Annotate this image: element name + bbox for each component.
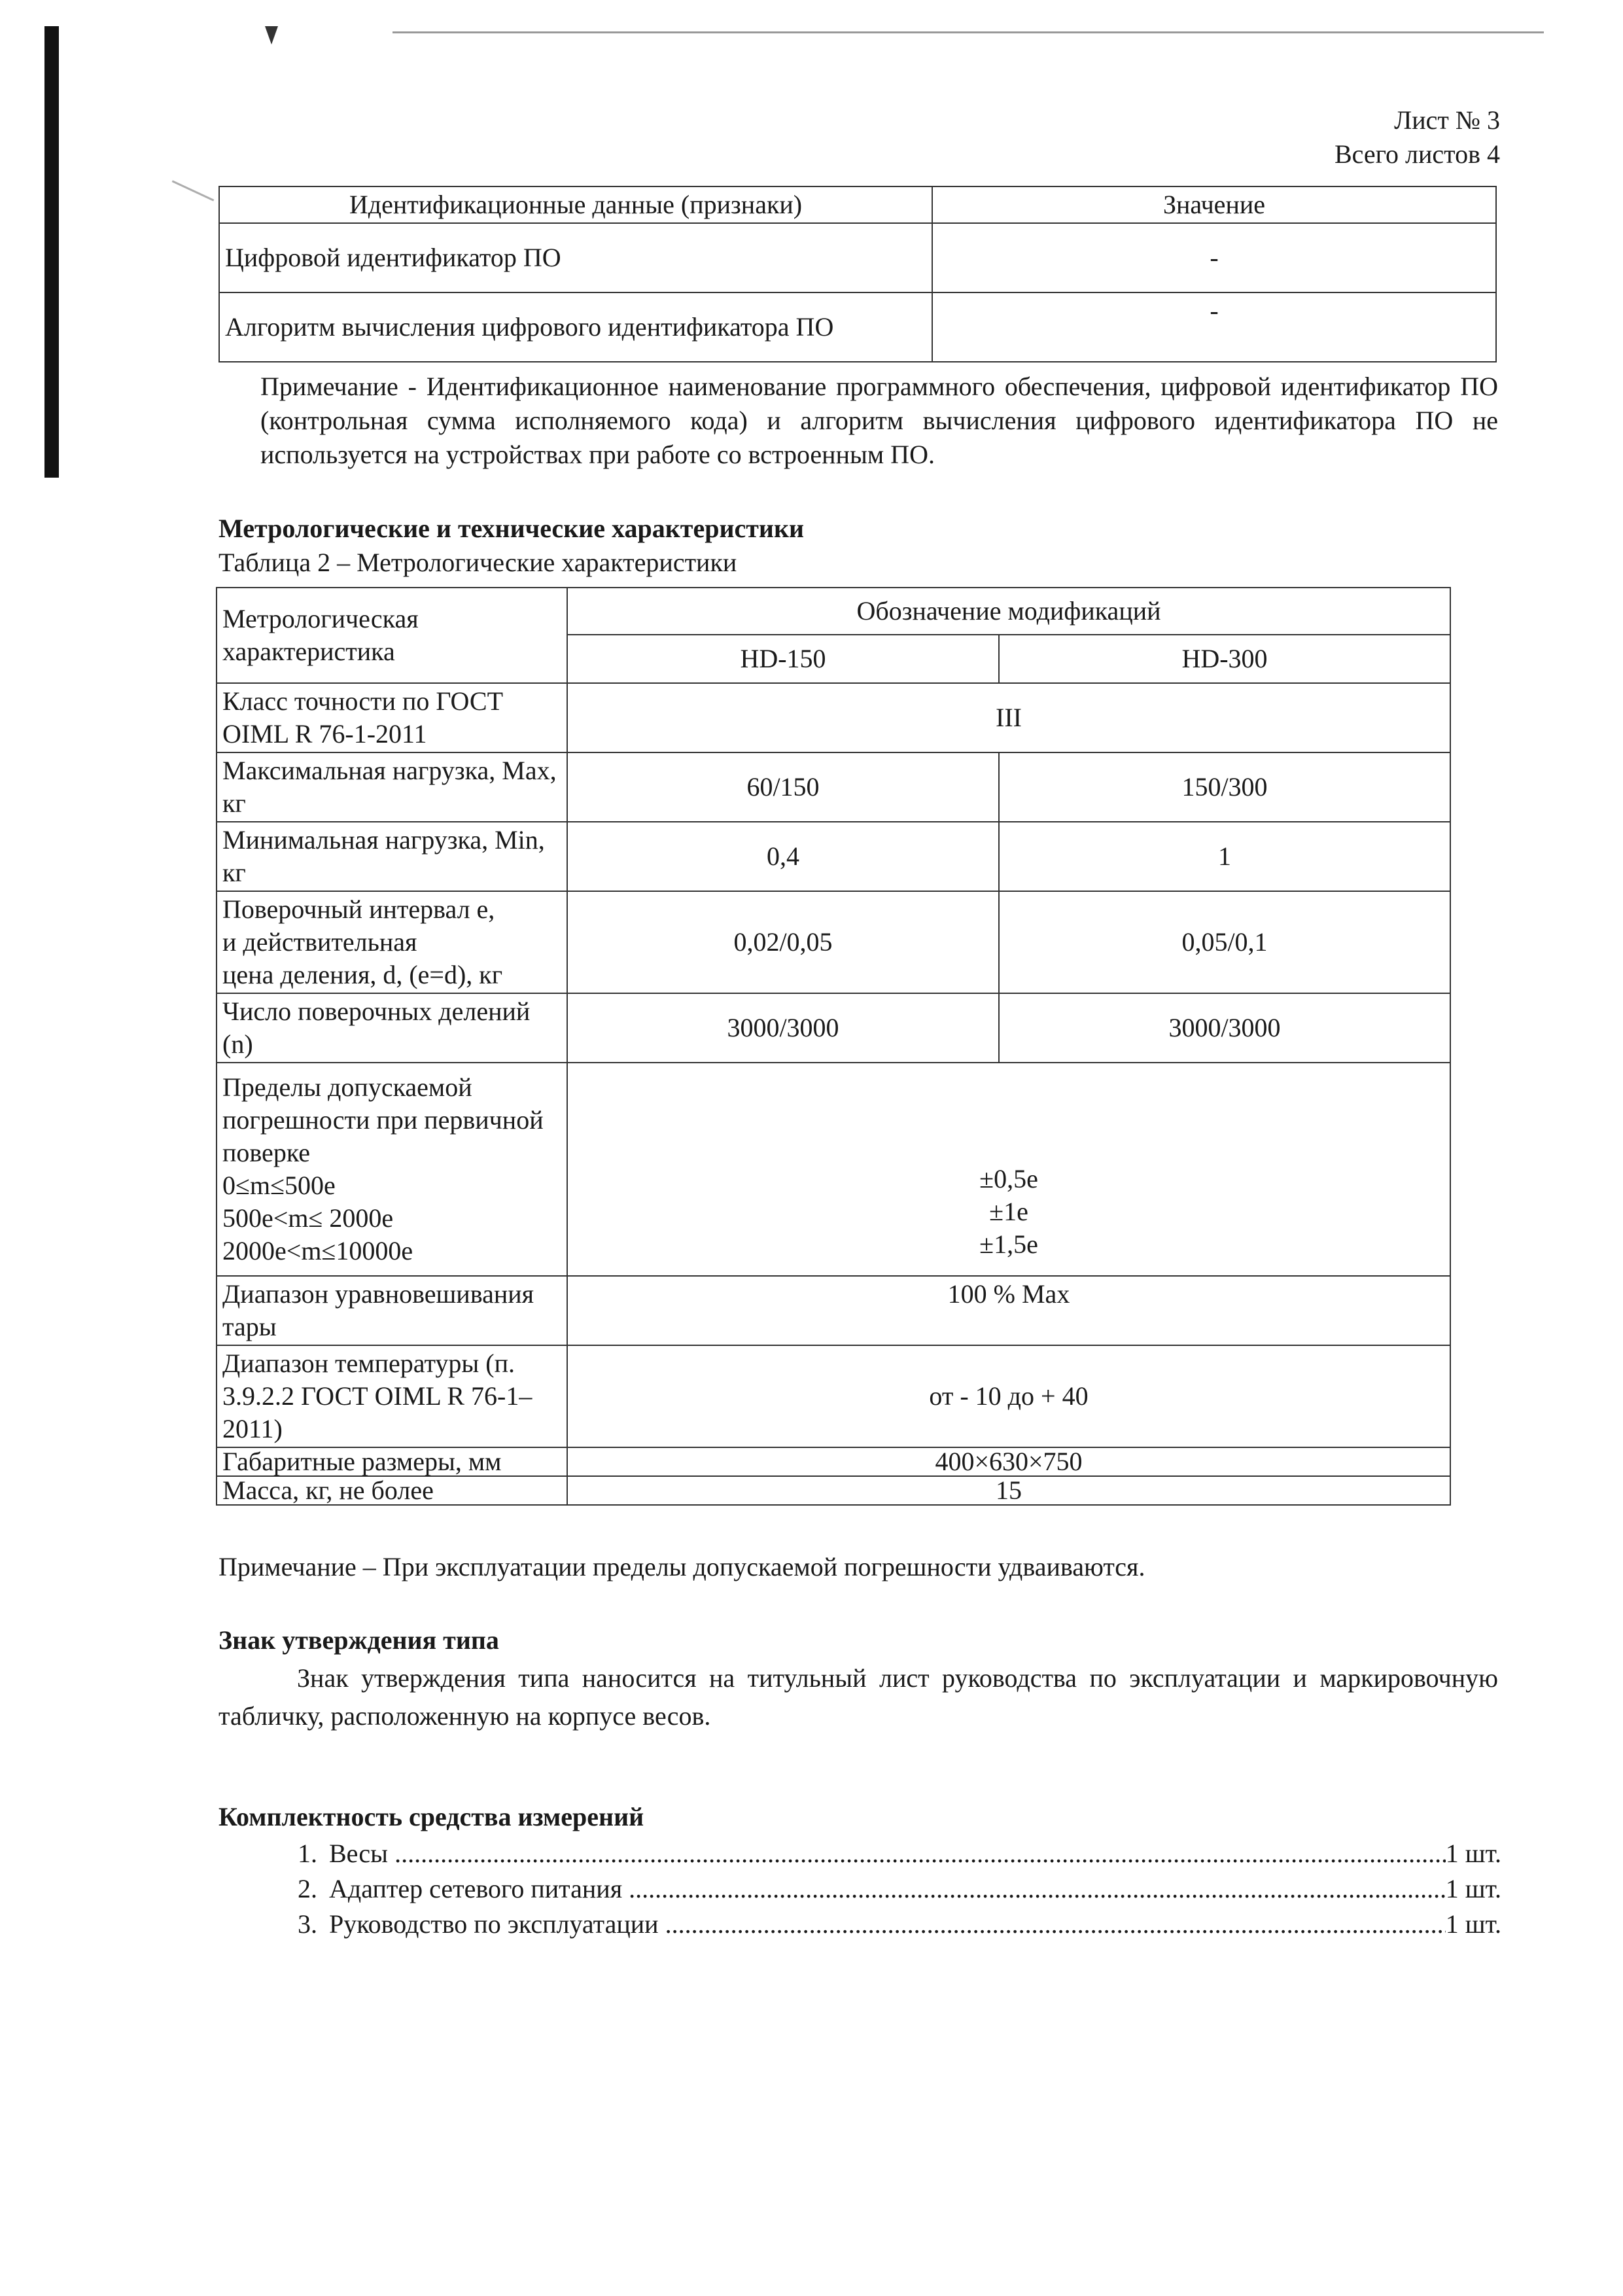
table-row: Пределы допускаемой погрешности при перв… [217,1063,1450,1276]
header-characteristic: Метрологическая характеристика [217,588,567,683]
row-label: Масса, кг, не более [217,1476,567,1505]
table-row: Диапазон температуры (п. 3.9.2.2 ГОСТ OI… [217,1345,1450,1447]
model-hd150: HD-150 [567,635,999,683]
row-label: Максимальная нагрузка, Max, кг [217,752,567,822]
row-value: 400×630×750 [567,1447,1450,1476]
kit-item-number: 3. [298,1908,329,1941]
section-title-metrology: Метрологические и технические характерис… [218,512,804,545]
table-row: Поверочный интервал e, и действительная … [217,891,1450,993]
row-value: ±0,5e ±1e ±1,5e [567,1063,1450,1276]
row-value: 60/150 [567,752,999,822]
table-row: Число поверочных делений (n) 3000/3000 3… [217,993,1450,1063]
kit-item: 1. Весы 1 шт. [298,1837,1501,1870]
model-hd300: HD-300 [999,635,1450,683]
table-row: Масса, кг, не более 15 [217,1476,1450,1505]
row-value: 15 [567,1476,1450,1505]
scan-top-line [393,31,1544,33]
row-label: Алгоритм вычисления цифрового идентифика… [219,292,932,362]
sheets-total: Всего листов 4 [1335,137,1500,171]
row-value: 3000/3000 [567,993,999,1063]
kit-item-number: 1. [298,1837,329,1870]
sheet-number: Лист № 3 [1335,103,1500,137]
row-value: 0,02/0,05 [567,891,999,993]
kit-item-name: Весы [329,1837,1446,1870]
sheet-header: Лист № 3 Всего листов 4 [1335,103,1500,171]
row-label: Число поверочных делений (n) [217,993,567,1063]
table-row: Класс точности по ГОСТ OIML R 76-1-2011 … [217,683,1450,752]
row-value: 0,4 [567,822,999,891]
kit-item-qty: 1 шт. [1446,1908,1501,1941]
row-value: III [567,683,1450,752]
software-id-table: Идентификационные данные (признаки) Знач… [218,186,1497,362]
row-value: 0,05/0,1 [999,891,1450,993]
kit-item: 2. Адаптер сетевого питания 1 шт. [298,1873,1501,1905]
table-row: Цифровой идентификатор ПО - [219,223,1496,292]
row-value: - [932,223,1496,292]
row-value: 3000/3000 [999,993,1450,1063]
table-row: Диапазон уравновешивания тары 100 % Max [217,1276,1450,1345]
row-label: Класс точности по ГОСТ OIML R 76-1-2011 [217,683,567,752]
kit-item-qty: 1 шт. [1446,1837,1501,1870]
scan-smudge [172,180,215,201]
table-row: Максимальная нагрузка, Max, кг 60/150 15… [217,752,1450,822]
kit-item-name: Адаптер сетевого питания [329,1873,1446,1905]
kit-item-number: 2. [298,1873,329,1905]
row-label: Диапазон уравновешивания тары [217,1276,567,1345]
table-caption: Таблица 2 – Метрологические характеристи… [218,546,737,579]
row-label: Минимальная нагрузка, Min, кг [217,822,567,891]
header-cell: Значение [932,186,1496,223]
row-value: 100 % Max [567,1276,1450,1345]
table-header-row: Метрологическая характеристика Обозначен… [217,588,1450,635]
row-label: Пределы допускаемой погрешности при перв… [217,1063,567,1276]
kit-item-name: Руководство по эксплуатации [329,1908,1446,1941]
row-value: 150/300 [999,752,1450,822]
note-software-id: Примечание - Идентификационное наименова… [260,370,1498,472]
header-cell: Идентификационные данные (признаки) [219,186,932,223]
metrology-table: Метрологическая характеристика Обозначен… [216,587,1451,1506]
note-error-limits: Примечание – При эксплуатации пределы до… [218,1551,1145,1583]
kit-item-qty: 1 шт. [1446,1873,1501,1905]
row-label: Цифровой идентификатор ПО [219,223,932,292]
header-modifications: Обозначение модификаций [567,588,1450,635]
table-row: Алгоритм вычисления цифрового идентифика… [219,292,1496,362]
section-title-kit: Комплектность средства измерений [218,1801,644,1833]
scan-corner-mark [265,26,278,44]
table-row: Минимальная нагрузка, Min, кг 0,4 1 [217,822,1450,891]
table-row: Габаритные размеры, мм 400×630×750 [217,1447,1450,1476]
row-label: Диапазон температуры (п. 3.9.2.2 ГОСТ OI… [217,1345,567,1447]
row-label: Габаритные размеры, мм [217,1447,567,1476]
kit-item: 3. Руководство по эксплуатации 1 шт. [298,1908,1501,1941]
row-value: - [932,292,1496,362]
type-mark-paragraph: Знак утверждения типа наносится на титул… [218,1659,1498,1735]
scan-edge-mark [44,26,59,478]
table-header-row: Идентификационные данные (признаки) Знач… [219,186,1496,223]
row-label: Поверочный интервал e, и действительная … [217,891,567,993]
row-value: 1 [999,822,1450,891]
row-value: от - 10 до + 40 [567,1345,1450,1447]
section-title-type-mark: Знак утверждения типа [218,1624,499,1657]
